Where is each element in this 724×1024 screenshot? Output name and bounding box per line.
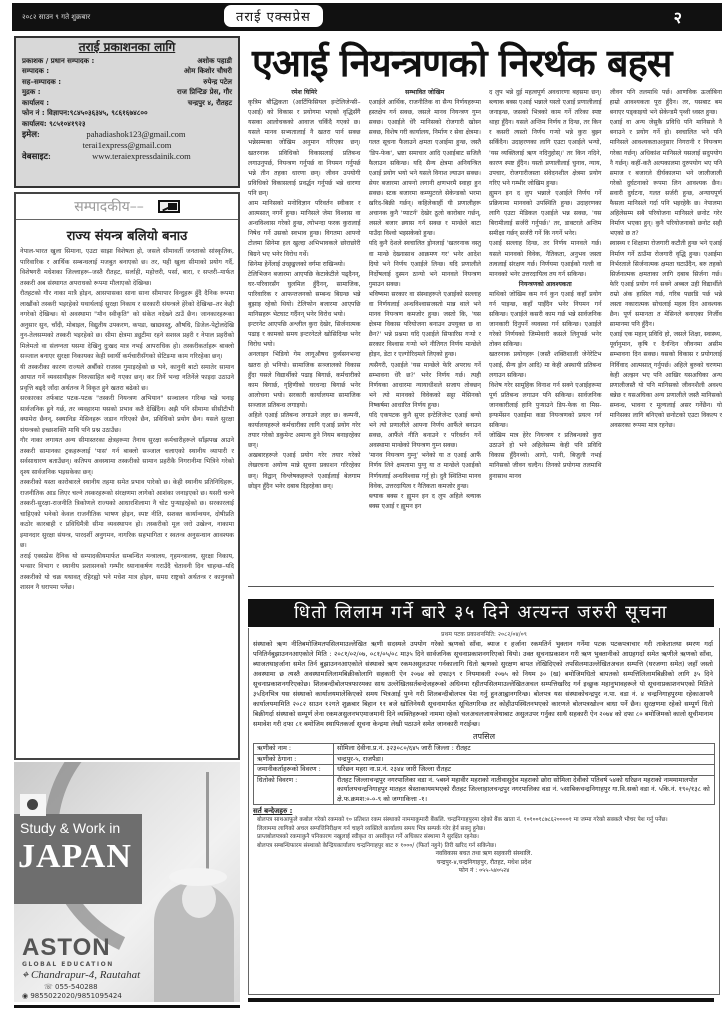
paragraph: जीवन पनि तलमाथि पर्छ। आणविक ऊर्जाबिना हा… <box>610 88 723 118</box>
ad-line1: Study & Work in <box>20 820 120 836</box>
details-table: ऋणीको नाम :सोमिला देवीना.प्र.नं. ३२३०८०/… <box>253 743 715 805</box>
page-number: २ <box>674 6 682 28</box>
condition-item: प्राप्तबोलपत्रको रकमाकुनै पनिकारण नखुलाई… <box>249 833 719 842</box>
subheading: नियन्त्रणको आवश्यकता <box>489 280 602 290</box>
notice-box: प्रथम पटक प्रकाशनमिति: २०८२/०४/०९ संस्था… <box>248 628 720 995</box>
paragraph: 'मानव नियन्त्रण गुम्नु' भनेको या त एआई आ… <box>369 451 482 491</box>
address-text: Chandrapur-4, Rautahat <box>31 969 140 981</box>
ad-line2: JAPAN <box>18 838 132 876</box>
imprint-row: मुद्रक :राज प्रिन्टिङ प्रेस, गौर <box>22 87 232 98</box>
student-hat <box>169 868 227 886</box>
condition-item: बोलपत्र साथआफूले कबोल गरेको रकमको १० प्र… <box>249 816 719 825</box>
website-link[interactable]: www.teraiexpressdainik.com <box>51 151 232 162</box>
issue-date: २०८२ साउन ९ गते शुक्रबार <box>12 13 222 22</box>
table-title: तपसिल <box>249 731 719 742</box>
imprint-label: सह–सम्पादक : <box>22 77 61 88</box>
paragraph: अहिले एआई प्रतिबन्ध लगाउने लहर छ। कम्पनी… <box>248 411 361 451</box>
imprint-label: प्रकाशक / प्रधान सम्पादक : <box>22 56 94 67</box>
paragraph: तस्करीको यस्ता कारोबारले स्थानीय तहमा सम… <box>20 478 234 552</box>
table-key: जमानीकर्ताहरूको विवरण : <box>254 765 334 776</box>
tower-image <box>206 772 209 882</box>
notice-title: धितो लिलाम गर्ने बारे ३५ दिने अत्यन्त जर… <box>248 599 714 627</box>
paragraph: एआई एक महान् प्रविधि हो, जसले शिक्षा, स्… <box>610 330 723 431</box>
subheading: सम्भावित जोखिम <box>369 88 482 98</box>
paragraph: इन्टरनेट आएपछि अश्लील कुरा देखेर, सिर्जन… <box>248 320 361 350</box>
signature-org: नवविकास बचत तथा ऋण सहकारी संस्थालि. <box>249 850 719 859</box>
paragraph: सिनेमा हेर्नेलाई उच्छृङ्खलको वर्गमा राखि… <box>248 260 361 270</box>
paragraph: माथिको जोखिम कम गर्न कुन एआई कहाँ प्रयोग… <box>489 290 602 351</box>
phone-text: 055-540288 <box>55 983 98 991</box>
mobile-text: 9855022020/9851095424 <box>30 992 121 1000</box>
paragraph: जोखिम मात्र हेरेर नियन्त्रण र प्रतिबन्धक… <box>489 431 602 481</box>
email-link-2[interactable]: terai1express@gmail.com <box>22 140 232 151</box>
paragraph: स्वास्थ्य र शिक्षामा रोजगारी कटौती हुन्छ… <box>610 239 723 330</box>
imprint-label: कार्यालय : <box>22 98 49 109</box>
location-pin-icon: ⌖ <box>22 969 31 981</box>
article-column-1: रमेश घिमिरे कृत्रिम बौद्धिकता (आर्टिफिसि… <box>248 88 361 586</box>
imprint-row: सह–सम्पादक :रुपेन्द्र पटेल <box>22 77 232 88</box>
imprint-row: कार्यालय :चन्द्रपुर ४, रौतहट <box>22 98 232 109</box>
table-value: रौतहट जिल्लाचन्द्रपुर नगरपालिका वडा नं. … <box>334 775 715 805</box>
byline: रमेश घिमिरे <box>248 88 361 98</box>
table-key: ऋणीको ठेगाना : <box>254 754 334 765</box>
paragraph: यदि कुनै देशले स्वचालित ड्रोनलाई 'खतरनाक… <box>369 239 482 289</box>
condition-item: लिलाममा लागिको अचल सम्पत्तिनिरीक्षण गर्न… <box>249 825 719 834</box>
notice-body: संस्थाको ऋण नीतिबमोजिमतपसिलमाउल्लेखित ऋण… <box>249 638 719 729</box>
table-value: धरिछन महरा ना.प्र.नं. २३४४ जारी जिल्ला र… <box>334 765 715 776</box>
paragraph: एआई सल्लाह दिन्छ, तर निर्णय मानवले गर्छ।… <box>489 239 602 279</box>
article-headline: एआई नियन्त्रणको निरर्थक बहस <box>252 38 718 88</box>
advertisement-aston[interactable]: Study & Work in JAPAN ASTON GLOBAL EDUCA… <box>14 762 240 1002</box>
email-link-1[interactable]: pahadiashok123@gmail.com <box>40 129 232 140</box>
table-row: धितोको विवरण :रौतहट जिल्लाचन्द्रपुर नगरप… <box>254 775 715 805</box>
editorial-header: सम्पादकीय–– <box>16 194 238 220</box>
paragraph: गौर नाका लगायत अन्य सीमास्तरका क्षेत्रहर… <box>20 436 234 478</box>
paragraph: अनलाइन भिडियो गेम लागूऔषध दुर्व्यसनभन्दा… <box>248 350 361 411</box>
imprint-row: सम्पादक :ओम किशोर चौधरी <box>22 66 232 77</box>
imprint-title: तराई प्रकाशनका लागि <box>22 42 232 53</box>
paragraph: विशेष गरेर सामूहिक विनाश गर्न सक्ने एआईह… <box>489 381 602 431</box>
imprint-row: प्रकाशक / प्रधान सम्पादक :अशोक पहाडी <box>22 56 232 67</box>
imprint-office: कार्यालय: ९८५१०४१९२३ <box>22 119 232 130</box>
editorial-body: नेपाल-भारत खुला सिमाना, एउटा साझा विशेषत… <box>20 247 234 594</box>
condition-item: बोलपत्र सम्बन्धिफारम संस्थाको केन्द्रियक… <box>249 842 719 851</box>
table-key: ऋणीको नाम : <box>254 744 334 755</box>
paragraph: टेलिभिजन बजारमा आएपछि केटाकेटीले पढ्दैनन… <box>248 270 361 320</box>
imprint-label: सम्पादक : <box>22 66 49 77</box>
paragraph: आम मानिसको मनोविज्ञान परिवर्तन स्वीकार र… <box>248 199 361 260</box>
imprint-label: मुद्रक : <box>22 87 41 98</box>
table-row: ऋणीको ठेगाना :चन्द्रपुर-५, राजपैडा। <box>254 754 715 765</box>
paragraph: नेपाल-भारत खुला सिमाना, एउटा साझा विशेषत… <box>20 247 234 289</box>
signature-phone: फोन नं : ०५५-५४०५२४ <box>249 867 719 876</box>
divider <box>14 1005 240 1008</box>
article-column-3: द लुप भन्ने दुई महत्वपूर्ण अवधारणा बहसमा… <box>489 88 602 586</box>
table-value: सोमिला देवीना.प्र.नं. ३२३०८०/६४५ जारी जि… <box>334 744 715 755</box>
imprint-website-row: वेबसाइट:www.teraiexpressdainik.com <box>22 151 232 162</box>
editorial-box: सम्पादकीय–– राज्य संयन्त्र बलियो बनाउ ने… <box>14 192 240 760</box>
pen-paper-icon <box>158 200 180 213</box>
ad-address: ⌖ Chandrapur-4, Rautahat <box>22 969 140 982</box>
phone-icon: ☏ <box>44 983 55 991</box>
paragraph: एआईले आर्थिक, राजनीतिक वा सैन्य निर्णयहर… <box>369 98 482 239</box>
editorial-label: सम्पादकीय–– <box>74 197 143 216</box>
paragraph: तराई एक्सप्रेस दैनिक यो सम्पादकीयमार्फत … <box>20 552 234 594</box>
article-body: रमेश घिमिरे कृत्रिम बौद्धिकता (आर्टिफिसि… <box>248 88 722 586</box>
table-row: ऋणीको नाम :सोमिला देवीना.प्र.नं. ३२३०८०/… <box>254 744 715 755</box>
divider <box>248 998 714 1002</box>
imprint-value: ओम किशोर चौधरी <box>184 66 232 77</box>
imprint-value: राज प्रिन्टिङ प्रेस, गौर <box>177 87 232 98</box>
paragraph: खतरनाक प्रयोगहरू (जस्तै शक्तिशाली जेनेरे… <box>489 350 602 380</box>
ad-phone1: ☏ 055-540288 <box>44 983 98 991</box>
imprint-box: तराई प्रकाशनका लागि प्रकाशक / प्रधान सम्… <box>14 36 240 188</box>
imprint-value: चन्द्रपुर ४, रौतहट <box>188 98 232 109</box>
paragraph: एआई वा अन्य जेसुकै प्रविधि पनि मानिसले न… <box>610 118 723 239</box>
article-column-4: जीवन पनि तलमाथि पर्छ। आणविक ऊर्जाबिना हा… <box>610 88 723 586</box>
masthead: २०८२ साउन ९ गते शुक्रबार तराई एक्सप्रेस … <box>12 3 722 31</box>
paragraph: यदि एकपटक कुनै सुपर इन्टेलिजेन्ट एआई बन्… <box>369 411 482 451</box>
paragraph: भविष्यमा सरकार वा संस्थाहरूले एआईको सल्ल… <box>369 290 482 361</box>
imprint-value: अशोक पहाडी <box>197 56 232 67</box>
paragraph: ब्ल्याक बक्स र ह्युमन इन द लुप अहिले ब्ल… <box>369 492 482 512</box>
paragraph: सरकारका तर्फबाट पटक-पटक "तस्करी नियन्त्र… <box>20 394 234 436</box>
signature-address: चन्द्रपुर-४,चन्द्रनिगाहपुर, रौतहट, मधेश … <box>249 859 719 868</box>
paragraph: कृत्रिम बौद्धिकता (आर्टिफिसियल इन्टेलिजे… <box>248 98 361 199</box>
paragraph: अखबारहरूले एआई प्रयोग गरेर तयार गरेको ले… <box>248 451 361 491</box>
table-key: धितोको विवरण : <box>254 775 334 805</box>
notice-published-date: प्रथम पटक प्रकाशनमिति: २०८२/०४/०९ <box>249 628 719 638</box>
article-column-2: सम्भावित जोखिम एआईले आर्थिक, राजनीतिक वा… <box>369 88 482 586</box>
divider <box>248 586 714 587</box>
newspaper-name: तराई एक्सप्रेस <box>224 5 323 27</box>
paragraph: त्यसैगरी, एआईले 'यस मान्छेले फेरि अपराध … <box>369 361 482 411</box>
japan-flag-icon <box>20 794 46 816</box>
conditions-title: सर्त बन्देजहरु : <box>249 805 719 816</box>
ad-subtitle: GLOBAL EDUCATION <box>22 961 114 968</box>
paragraph: रौतहटको गौर नाका मात्रै होइन, आसपासका सा… <box>20 289 234 363</box>
imprint-email-row: इमेल:pahadiashok123@gmail.com <box>22 129 232 140</box>
email-label: इमेल: <box>22 129 40 140</box>
imprint-value: रुपेन्द्र पटेल <box>203 77 232 88</box>
aston-logo: ASTON <box>22 934 111 962</box>
table-row: जमानीकर्ताहरूको विवरण :धरिछन महरा ना.प्र… <box>254 765 715 776</box>
imprint-phone: फोन नं : विज्ञापन:९८४५०३६३४५, ९८६१६७४८०० <box>22 108 232 119</box>
imprint-email-row: terai1express@gmail.com <box>22 140 232 151</box>
paragraph: ह्युमन इन द लुप भन्नाले एआईले निर्णय गर्… <box>489 189 602 239</box>
ad-phone2: ◉ 9855022020/9851095424 <box>22 992 122 1000</box>
paragraph: यी तस्करीका कारण राज्यले अर्बौंको राजस्व… <box>20 363 234 395</box>
paragraph: द लुप भन्ने दुई महत्वपूर्ण अवधारणा बहसमा… <box>489 88 602 189</box>
table-value: चन्द्रपुर-५, राजपैडा। <box>334 754 715 765</box>
editorial-title: राज्य संयन्त्र बलियो बनाउ <box>20 226 234 244</box>
website-label: वेबसाइट: <box>22 151 51 162</box>
